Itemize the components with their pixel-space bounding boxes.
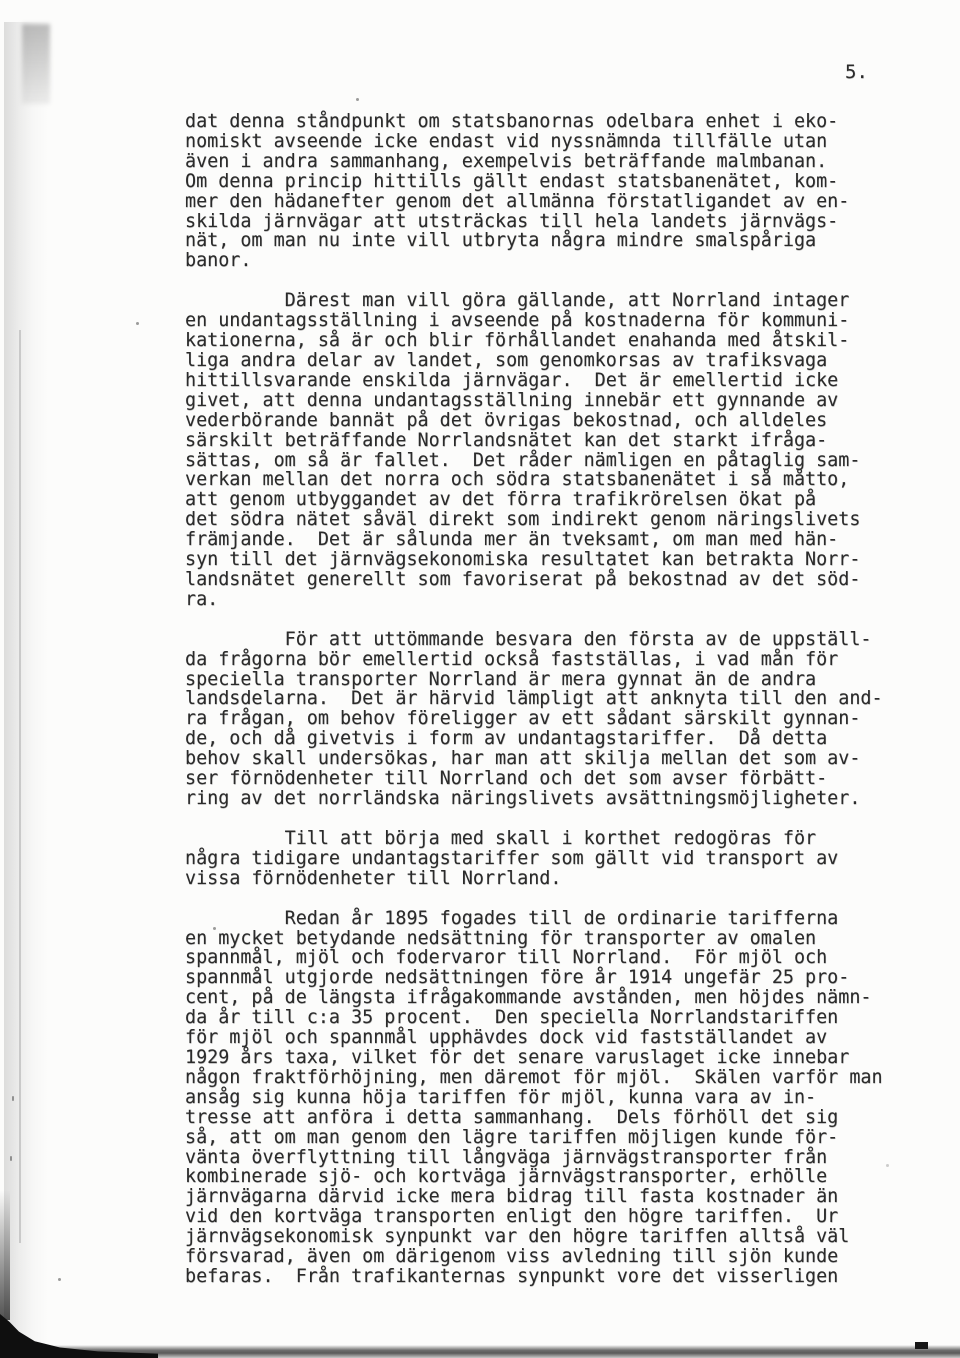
scan-speck: [886, 1164, 889, 1167]
bottom-right-mark: [915, 1342, 928, 1349]
left-edge-shadow-top: [22, 24, 50, 104]
paragraph: För att uttömmande besvara den första av…: [185, 630, 883, 809]
scan-speck: [58, 1278, 61, 1281]
page-number: 5.: [845, 61, 868, 83]
left-edge-line: [19, 330, 21, 1243]
paragraph: dat denna ståndpunkt om statsbanornas od…: [185, 112, 883, 271]
document-text: dat denna ståndpunkt om statsbanornas od…: [185, 112, 883, 1307]
paragraph: Till att börja med skall i korthet redog…: [185, 829, 883, 889]
scan-speck: [433, 636, 436, 639]
scanned-document-page: 5. dat denna ståndpunkt om statsbanornas…: [0, 0, 960, 1358]
scan-speck: [10, 1156, 12, 1161]
paragraph: Redan år 1895 fogades till de ordinarie …: [185, 909, 883, 1287]
scan-speck: [356, 98, 359, 101]
scan-speck: [12, 1096, 14, 1101]
paragraph: Därest man vill göra gällande, att Norrl…: [185, 291, 883, 610]
left-edge-shadow: [4, 22, 48, 1348]
left-edge-dark-streak: [0, 1190, 10, 1320]
scan-speck: [136, 322, 139, 325]
scan-speck: [213, 927, 216, 930]
